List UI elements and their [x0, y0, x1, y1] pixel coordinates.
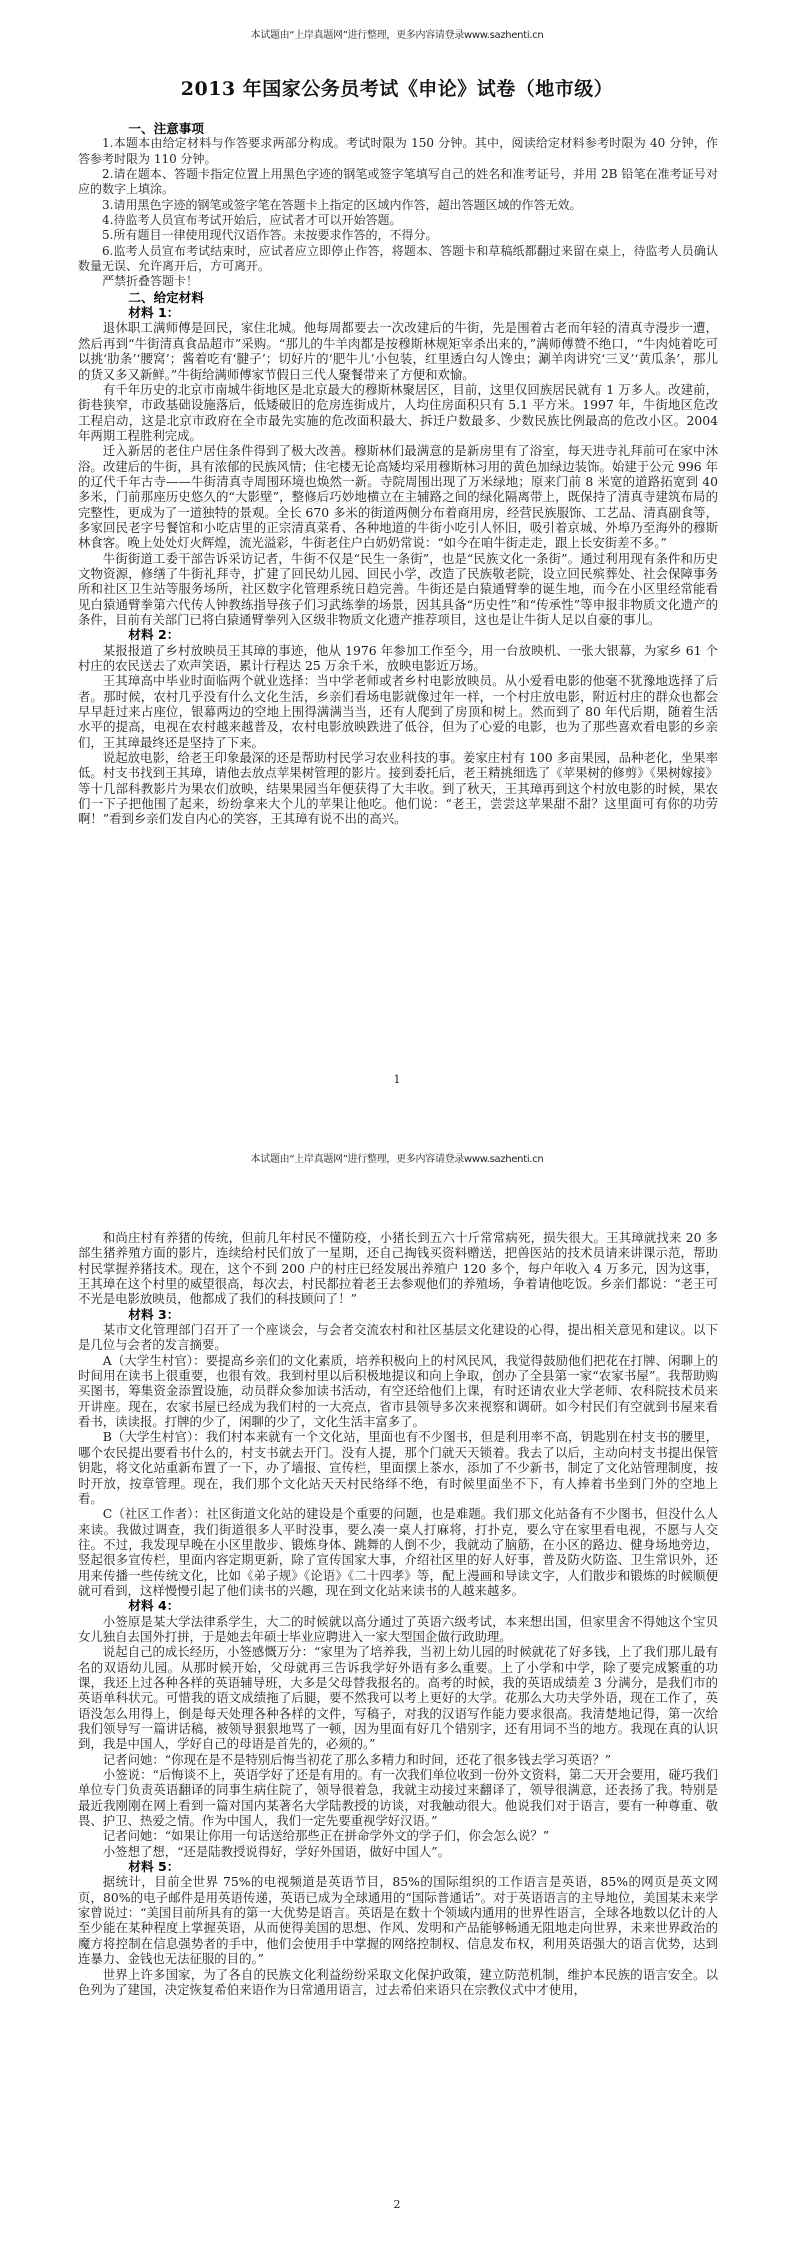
material-paragraph: 迁入新居的老住户居住条件得到了极大改善。穆斯林们最满意的是新房里有了浴室，每天进…: [78, 443, 718, 550]
material-paragraph: 世界上许多国家，为了各自的民族文化利益纷纷采取文化保护政策，建立防范机制，维护本…: [78, 1967, 718, 1998]
material-paragraph: 记者问她：“你现在是不是特别后悔当初花了那么多精力和时间，还花了很多钱去学习英语…: [78, 1752, 718, 1767]
material-paragraph: A（大学生村官）：要提高乡亲们的文化素质，培养积极向上的村风民风，我觉得鼓励他们…: [78, 1353, 718, 1430]
watermark-header: 本试题由“上岸真题网”进行整理，更多内容请登录www.sazhenti.cn: [0, 1150, 794, 1165]
watermark-header: 本试题由“上岸真题网”进行整理，更多内容请登录www.sazhenti.cn: [0, 26, 794, 41]
document-title: 2013 年国家公务员考试《申论》试卷（地市级）: [0, 74, 794, 101]
material-paragraph: 说起自己的成长经历，小签感慨万分：“家里为了培养我，当初上幼儿园的时候就花了好多…: [78, 1644, 718, 1751]
notice-item: 2.请在题本、答题卡指定位置上用黑色字迹的钢笔或签字笔填写自己的姓名和准考证号，…: [78, 167, 718, 198]
material-paragraph: 据统计，目前全世界 75%的电视频道是英语节目，85%的国际组织的工作语言是英语…: [78, 1874, 718, 1966]
notice-item: 3.请用黑色字迹的钢笔或签字笔在答题卡上指定的区域内作答，超出答题区域的作答无效…: [78, 198, 718, 213]
material-paragraph: 记者问她：“如果让你用一句话送给那些正在拼命学外文的学子们，你会怎么说？”: [78, 1828, 718, 1843]
notice-warning: 严禁折叠答题卡！: [78, 274, 718, 289]
material-paragraph: 小签说：“后悔谈不上，英语学好了还是有用的。有一次我们单位收到一份外文资料，第二…: [78, 1767, 718, 1828]
notice-item: 1.本题本由给定材料与作答要求两部分构成。考试时限为 150 分钟。其中，阅读给…: [78, 136, 718, 167]
material-paragraph: 某报报道了乡村放映员王其璋的事迹，他从 1976 年参加工作至今，用一台放映机、…: [78, 643, 718, 674]
page-number: 2: [0, 2198, 794, 2211]
material-4-label: 材料 4：: [78, 1598, 718, 1613]
document-page-2: 本试题由“上岸真题网”进行整理，更多内容请登录www.sazhenti.cn 和…: [0, 1100, 794, 2244]
material-5-label: 材料 5：: [78, 1859, 718, 1874]
notice-item: 6.监考人员宣布考试结束时，应试者应立即停止作答，将题本、答题卡和草稿纸都翻过来…: [78, 244, 718, 275]
material-3-label: 材料 3：: [78, 1307, 718, 1322]
section-heading-materials: 二、给定材料: [78, 290, 718, 305]
material-paragraph: 和尚庄村有养猪的传统，但前几年村民不懂防疫，小猪长到五六十斤常常病死，损失很大。…: [78, 1230, 718, 1307]
material-paragraph: 某市文化管理部门召开了一个座谈会，与会者交流农村和社区基层文化建设的心得，提出相…: [78, 1322, 718, 1353]
page-1-body: 一、注意事项 1.本题本由给定材料与作答要求两部分构成。考试时限为 150 分钟…: [78, 121, 718, 827]
document-page-1: 本试题由“上岸真题网”进行整理，更多内容请登录www.sazhenti.cn 2…: [0, 0, 794, 1100]
material-paragraph: B（大学生村官）：我们村本来就有一个文化站，里面也有不少图书，但是利用率不高，钥…: [78, 1429, 718, 1506]
material-2-label: 材料 2：: [78, 627, 718, 642]
page-2-body: 和尚庄村有养猪的传统，但前几年村民不懂防疫，小猪长到五六十斤常常病死，损失很大。…: [78, 1230, 718, 1997]
material-paragraph: 王其璋高中毕业时面临两个就业选择：当中学老师或者乡村电影放映员。从小爱看电影的他…: [78, 673, 718, 750]
material-paragraph: C（社区工作者）：社区街道文化站的建设是个重要的问题，也是难题。我们那文化站备有…: [78, 1506, 718, 1598]
notice-item: 5.所有题目一律使用现代汉语作答。未按要求作答的，不得分。: [78, 228, 718, 243]
page-number: 1: [0, 1073, 794, 1086]
notice-list: 1.本题本由给定材料与作答要求两部分构成。考试时限为 150 分钟。其中，阅读给…: [78, 136, 718, 289]
material-paragraph: 小签原是某大学法律系学生，大二的时候就以高分通过了英语六级考试，本来想出国，但家…: [78, 1614, 718, 1645]
material-paragraph: 有千年历史的北京市南城牛街地区是北京最大的穆斯林聚居区，目前，这里仅回族居民就有…: [78, 382, 718, 443]
material-paragraph: 退休职工满师傅是回民，家住北城。他每周都要去一次改建后的牛街，先是围着古老而年轻…: [78, 320, 718, 381]
material-paragraph: 牛街街道工委干部告诉采访记者，牛街不仅是“民生一条街”，也是“民族文化一条街”。…: [78, 551, 718, 628]
material-paragraph: 小签想了想，“还是陆教授说得好，学好外国语，做好中国人”。: [78, 1844, 718, 1859]
material-paragraph: 说起放电影，给老王印象最深的还是帮助村民学习农业科技的事。姜家庄村有 100 多…: [78, 750, 718, 827]
notice-item: 4.待监考人员宣布考试开始后，应试者才可以开始答题。: [78, 213, 718, 228]
section-heading-notice: 一、注意事项: [78, 121, 718, 136]
material-1-label: 材料 1：: [78, 305, 718, 320]
